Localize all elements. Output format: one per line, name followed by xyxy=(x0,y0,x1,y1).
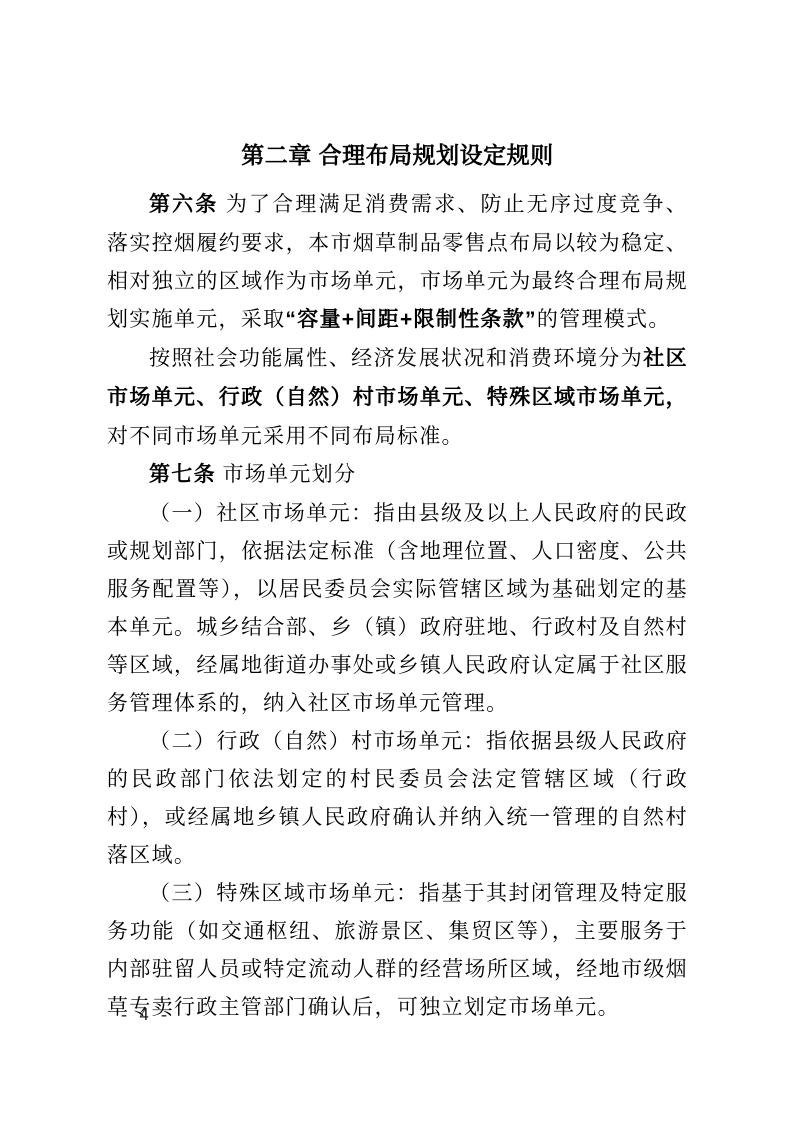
page-number: - 4 - xyxy=(121,1004,171,1025)
paragraph-3: 第七条 市场单元划分 xyxy=(107,455,688,494)
document-page: 第二章 合理布局规划设定规则 第六条 为了合理满足消费需求、防止无序过度竞争、落… xyxy=(0,0,793,1122)
body-text-segment: 的管理模式。 xyxy=(537,307,671,331)
paragraph-1: 第六条 为了合理满足消费需求、防止无序过度竞争、落实控烟履约要求，本市烟草制品零… xyxy=(107,185,688,339)
paragraph-6: （三）特殊区域市场单元：指基于其封闭管理及特定服务功能（如交通枢纽、旅游景区、集… xyxy=(107,874,688,1026)
body-text-segment: 市场单元划分 xyxy=(216,462,356,486)
bold-text-segment: 第七条 xyxy=(149,463,216,486)
body-text-segment: （三）特殊区域市场单元：指基于其封闭管理及特定服务功能（如交通枢纽、旅游景区、集… xyxy=(107,881,688,1019)
chapter-title: 第二章 合理布局规划设定规则 xyxy=(107,138,688,172)
paragraph-4: （一）社区市场单元：指由县级及以上人民政府的民政或规划部门，依据法定标准（含地理… xyxy=(107,494,688,722)
bold-text-segment: 第六条 xyxy=(149,193,218,216)
body-text-segment: （一）社区市场单元：指由县级及以上人民政府的民政或规划部门，依据法定标准（含地理… xyxy=(107,501,688,715)
body-text-segment: 按照社会功能属性、经济发展状况和消费环境分为 xyxy=(149,346,643,370)
bold-text-segment: “容量+间距+限制性条款” xyxy=(285,308,536,331)
paragraph-5: （二）行政（自然）村市场单元：指依据县级人民政府的民政部门依法划定的村民委员会法… xyxy=(107,722,688,874)
paragraph-container: 第六条 为了合理满足消费需求、防止无序过度竞争、落实控烟履约要求，本市烟草制品零… xyxy=(107,185,688,1026)
paragraph-2: 按照社会功能属性、经济发展状况和消费环境分为社区市场单元、行政（自然）村市场单元… xyxy=(107,339,688,455)
body-text-segment: 对不同市场单元采用不同布局标准。 xyxy=(107,424,464,448)
body-text-segment: （二）行政（自然）村市场单元：指依据县级人民政府的民政部门依法划定的村民委员会法… xyxy=(107,729,688,867)
page-content: 第二章 合理布局规划设定规则 第六条 为了合理满足消费需求、防止无序过度竞争、落… xyxy=(107,138,688,1026)
